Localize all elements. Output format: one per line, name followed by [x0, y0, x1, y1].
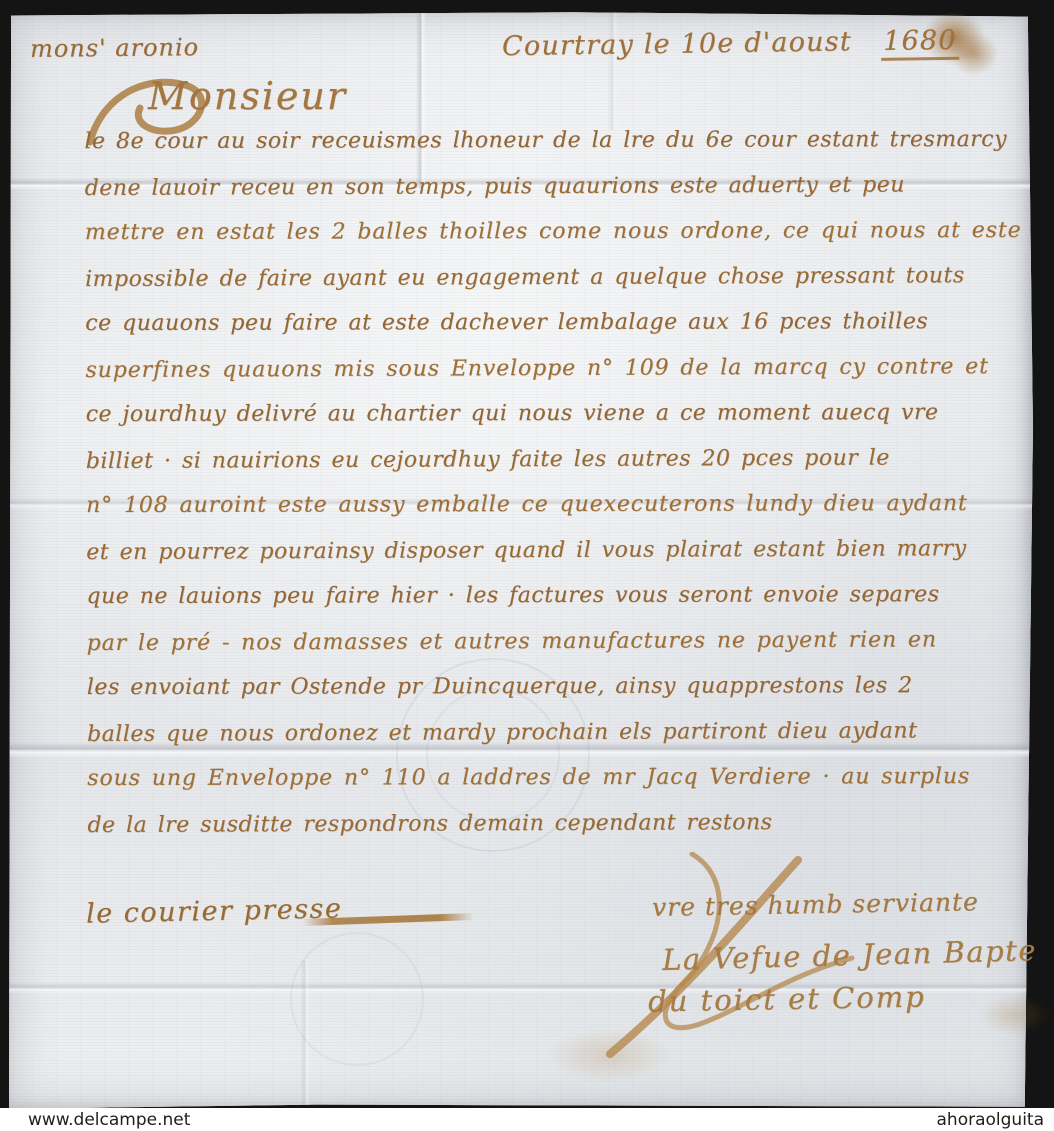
letter-line: ce quauons peu faire at este dachever le…: [85, 309, 1020, 357]
signature-company: du toict et Comp: [648, 980, 926, 1019]
ink-smudge: [980, 995, 1050, 1035]
scan-watermark-bar: www.delcampe.net ahoraolguita: [0, 1108, 1054, 1131]
closing-line: vre tres humb serviante: [652, 887, 979, 922]
letter-line: impossible de faire ayant eu engagement …: [85, 262, 1020, 312]
paper-watermark-circle: [290, 932, 424, 1066]
watermark-site-text: www.delcampe.net: [0, 1110, 190, 1130]
letter-line: superfines quauons mis sous Enveloppe n°…: [85, 353, 1020, 403]
dateline-place-date: Courtray le 10e d'aoust: [502, 26, 852, 62]
letter-line: et en pourrez pourainsy disposer quand i…: [86, 535, 1021, 585]
letter-line: de la lre susditte respondrons demain ce…: [87, 808, 1022, 858]
letter-line: n° 108 auroint este aussy emballe ce que…: [86, 491, 1021, 539]
letter-line: sous ung Enveloppe n° 110 a laddres de m…: [87, 764, 1022, 812]
letter-line: balles que nous ordonez et mardy prochai…: [87, 717, 1022, 767]
letter-line: billiet · si nauirions eu cejourdhuy fai…: [86, 444, 1021, 494]
address-annotation: mons' aronio: [30, 33, 199, 63]
letter-line: le 8e cour au soir receuismes lhoneur de…: [84, 127, 1019, 175]
letter-line: mettre en estat les 2 balles thoilles co…: [85, 218, 1020, 266]
vertical-fold-crease: [608, 10, 618, 130]
letter-line: les envoiant par Ostende pr Duincquerque…: [87, 673, 1022, 721]
dateline: Courtray le 10e d'aoust 1680: [502, 25, 959, 62]
letter-line: ce jourdhuy delivré au chartier qui nous…: [86, 400, 1021, 448]
dateline-year: 1680: [881, 25, 959, 61]
letter-line: que ne lauions peu faire hier · les fact…: [86, 582, 1021, 630]
letter-line: dene lauoir receu en son temps, puis qua…: [85, 171, 1020, 221]
salutation: Monsieur: [148, 74, 347, 118]
letter-body: le 8e cour au soir receuismes lhoneur de…: [84, 126, 1022, 858]
letter-line: par le pré - nos damasses et autres manu…: [87, 626, 1022, 676]
watermark-seller-text: ahoraolguita: [937, 1110, 1054, 1130]
